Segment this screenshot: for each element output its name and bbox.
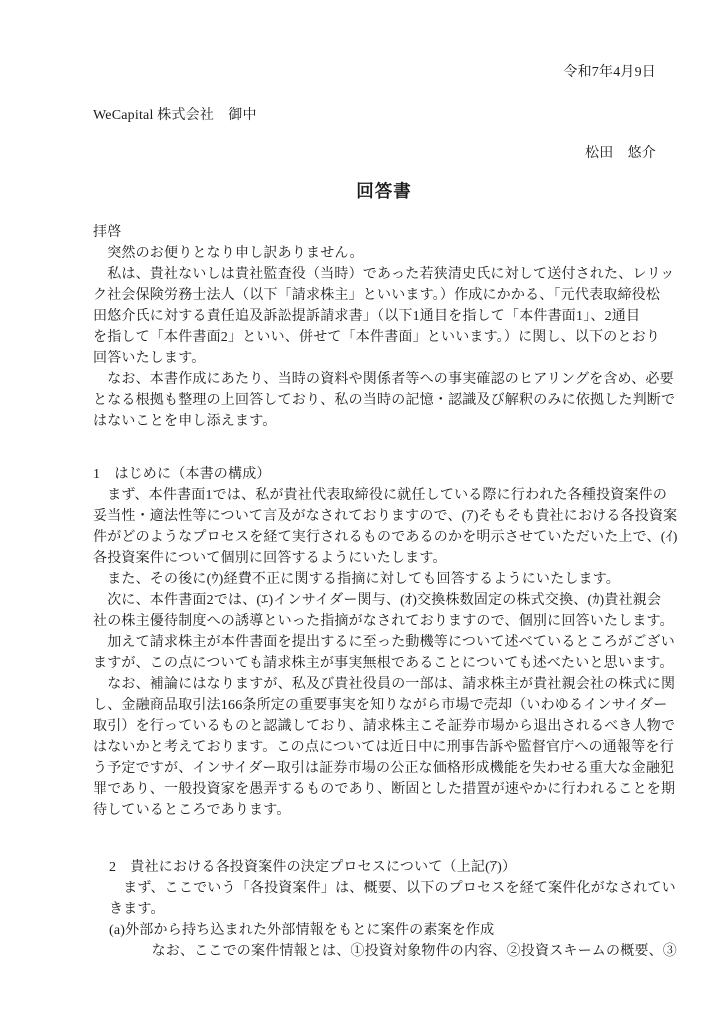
- document-title: 回答書: [93, 178, 675, 204]
- section-2-line: なお、ここでの案件情報とは、①投資対象物件の内容、②投資スキームの概要、③: [109, 941, 675, 962]
- section-1-line: う予定ですが、インサイダー取引は証券市場の公正な価格形成機能を失わせる重大な金融…: [93, 758, 675, 779]
- intro-line: を指して「本件書面2」といい、併せて「本件書面」といいます。）に関し、以下のとお…: [93, 327, 675, 348]
- section-1-heading: 1 はじめに（本書の構成）: [93, 464, 675, 485]
- section-1-line: 妥当性・適法性等について言及がなされておりますので、(ｱ)そもそも貴社における各…: [93, 506, 675, 527]
- intro-line: 田悠介氏に対する責任追及訴訟提訴請求書」（以下1通目を指して「本件書面1」、2通…: [93, 306, 675, 327]
- intro-line: ク社会保険労務士法人（以下「請求株主」といいます。）作成にかかる、「元代表取締役…: [93, 285, 675, 306]
- section-1-line: 各投資案件について個別に回答するようにいたします。: [93, 548, 675, 569]
- section-1-line: 取引）を行っているものと認識しており、請求株主こそ証券市場から退出されるべき人物…: [93, 716, 675, 737]
- section-1-line: また、その後に(ｳ)経費不正に関する指摘に対しても回答するようにいたします。: [93, 569, 675, 590]
- section-1-line: 件がどのようなプロセスを経て実行されるものであるのかを明示させていただいた上で、…: [93, 527, 675, 548]
- section-2-heading: 2 貴社における各投資案件の決定プロセスについて（上記(ｱ)）: [109, 857, 675, 878]
- section-1-line: 社の株主優待制度への誘導といった指摘がなされておりますので、個別に回答いたします…: [93, 611, 675, 632]
- date-line: 令和7年4月9日: [93, 62, 675, 83]
- section-2-line: きます。: [109, 899, 675, 920]
- section-1-line: 次に、本件書面2では、(ｴ)インサイダー関与、(ｵ)交換株数固定の株式交換、(ｶ…: [93, 590, 675, 611]
- intro-line: となる根拠も整理の上回答しており、私の当時の記憶・認識及び解釈のみに依拠した判断…: [93, 390, 675, 411]
- intro-line: はないことを申し添えます。: [93, 411, 675, 432]
- section-2-block: 2 貴社における各投資案件の決定プロセスについて（上記(ｱ)） まず、ここでいう…: [109, 857, 675, 962]
- section-1-line: 罪であり、一般投資家を愚弄するものであり、断固とした措置が速やかに行われることを…: [93, 779, 675, 800]
- section-1-line: はないかと考えております。この点については近日中に刑事告訴や監督官庁への通報等を…: [93, 737, 675, 758]
- intro-block: 拝啓 突然のお便りとなり申し訳ありません。 私は、貴社ないしは貴社監査役（当時）…: [93, 222, 675, 432]
- section-1-line: なお、補論にはなりますが、私及び貴社役員の一部は、請求株主が貴社親会社の株式に関: [93, 674, 675, 695]
- section-2-line: まず、ここでいう「各投資案件」は、概要、以下のプロセスを経て案件化がなされてい: [109, 878, 675, 899]
- section-1-line: ますが、この点についても請求株主が事実無根であることについても述べたいと思います…: [93, 653, 675, 674]
- document-page: 令和7年4月9日 WeCapital 株式会社 御中 松田 悠介 回答書 拝啓 …: [0, 0, 724, 1024]
- intro-line: 回答いたします。: [93, 348, 675, 369]
- salutation: 拝啓: [93, 222, 675, 243]
- section-1-line: まず、本件書面1では、私が貴社代表取締役に就任している際に行われた各種投資案件の: [93, 485, 675, 506]
- recipient-line: WeCapital 株式会社 御中: [93, 105, 675, 126]
- intro-line: 私は、貴社ないしは貴社監査役（当時）であった若狭清史氏に対して送付された、レリッ: [93, 264, 675, 285]
- intro-line: 突然のお便りとなり申し訳ありません。: [93, 243, 675, 264]
- section-1-block: 1 はじめに（本書の構成） まず、本件書面1では、私が貴社代表取締役に就任してい…: [93, 464, 675, 821]
- section-1-line: 加えて請求株主が本件書面を提出するに至った動機等について述べているところがござい: [93, 632, 675, 653]
- intro-line: なお、本書作成にあたり、当時の資料や関係者等への事実確認のヒアリングを含め、必要: [93, 369, 675, 390]
- section-2-line: (a)外部から持ち込まれた外部情報をもとに案件の素案を作成: [109, 920, 675, 941]
- section-1-line: 待しているところであります。: [93, 800, 675, 821]
- section-1-line: し、金融商品取引法166条所定の重要事実を知りながら市場で売却（いわゆるインサイ…: [93, 695, 675, 716]
- sender-name: 松田 悠介: [93, 143, 675, 164]
